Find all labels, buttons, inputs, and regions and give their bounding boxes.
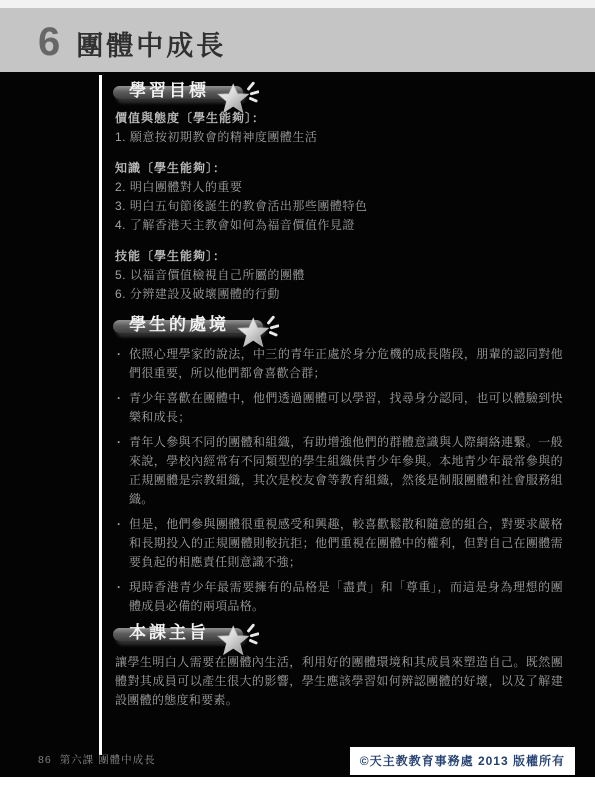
- situation-bullet: 依照心理學家的說法，中三的青年正處於身分危機的成長階段，朋輩的認同對他們很重要，…: [115, 345, 563, 383]
- lesson-theme-section: 本課主旨 讓學生明白人需要在團體內生活，利用好的團體環境和其成員來塑造自己。既然…: [115, 628, 563, 710]
- situation-bullet: 青少年喜歡在團體中，他們透過團體可以學習，找尋身分認同，也可以體驗到快樂和成長；: [115, 389, 563, 427]
- objective-group-knowledge: 知識〔學生能夠〕： 2. 明白團體對人的重要 3. 明白五旬節後誕生的教會活出那…: [115, 159, 563, 235]
- document-page: 6 團體中成長 學習目標: [0, 0, 595, 794]
- page-body: 學習目標 價值與態度〔學生能夠〕： 1. 願意按初期教會的精神度團體生活: [0, 72, 595, 777]
- badge-label: 本課主旨: [129, 623, 209, 642]
- lesson-theme-paragraph: 讓學生明白人需要在團體內生活，利用好的團體環境和其成員來塑造自己。既然團體對其成…: [115, 653, 563, 710]
- lesson-theme-badge: 本課主旨: [113, 628, 243, 641]
- situation-bullet: 現時香港青少年最需要擁有的品格是「盡責」和「尊重」，而這是身為理想的團體成員必備…: [115, 578, 563, 616]
- chapter-title: 團體中成長: [76, 33, 226, 60]
- chapter-header: 6 團體中成長: [0, 8, 595, 72]
- student-situation-badge: 學生的處境: [113, 320, 263, 333]
- objective-item: 5. 以福音價值檢視自己所屬的團體: [115, 266, 563, 285]
- lesson-label: 第六課 團體中成長: [60, 754, 156, 766]
- objective-category-heading: 價值與態度〔學生能夠〕：: [115, 109, 563, 128]
- objective-category-heading: 知識〔學生能夠〕：: [115, 159, 563, 178]
- objective-group-skills: 技能〔學生能夠〕： 5. 以福音價值檢視自己所屬的團體 6. 分辨建設及破壞團體…: [115, 247, 563, 304]
- badge-label: 學生的處境: [129, 315, 229, 334]
- objective-item: 3. 明白五旬節後誕生的教會活出那些團體特色: [115, 197, 563, 216]
- student-situation-section: 學生的處境 依照心理學家的說法，中三的青年正處於身分危機的成長階段，朋輩的認同對…: [115, 320, 563, 616]
- page-number: 86: [38, 754, 52, 766]
- objective-item: 1. 願意按初期教會的精神度團體生活: [115, 128, 563, 147]
- sparkle-star-icon: [217, 80, 259, 117]
- bottom-margin-strip: [0, 777, 595, 794]
- objective-group-values: 價值與態度〔學生能夠〕： 1. 願意按初期教會的精神度團體生活: [115, 109, 563, 147]
- top-margin-strip: [0, 0, 595, 8]
- objective-category-heading: 技能〔學生能夠〕：: [115, 247, 563, 266]
- objective-item: 6. 分辨建設及破壞團體的行動: [115, 285, 563, 304]
- vertical-rule: [99, 75, 102, 755]
- situation-bullet: 但是，他們參與團體很重視感受和興趣，較喜歡鬆散和隨意的組合，對要求嚴格和長期投入…: [115, 515, 563, 572]
- learning-objectives-badge: 學習目標: [113, 86, 243, 99]
- sparkle-star-icon: [217, 622, 259, 659]
- page-footer: 86第六課 團體中成長: [38, 752, 156, 767]
- chapter-number: 6: [38, 22, 60, 62]
- learning-objectives-section: 學習目標 價值與態度〔學生能夠〕： 1. 願意按初期教會的精神度團體生活: [115, 86, 563, 304]
- objective-item: 2. 明白團體對人的重要: [115, 178, 563, 197]
- copyright-notice: ©天主教教育事務處 2013 版權所有: [350, 747, 575, 775]
- situation-bullet: 青年人參與不同的團體和組織，有助增強他們的群體意識與人際網絡連繫。一般來說，學校…: [115, 433, 563, 509]
- badge-label: 學習目標: [129, 81, 209, 100]
- objective-item: 4. 了解香港天主教會如何為福音價值作見證: [115, 216, 563, 235]
